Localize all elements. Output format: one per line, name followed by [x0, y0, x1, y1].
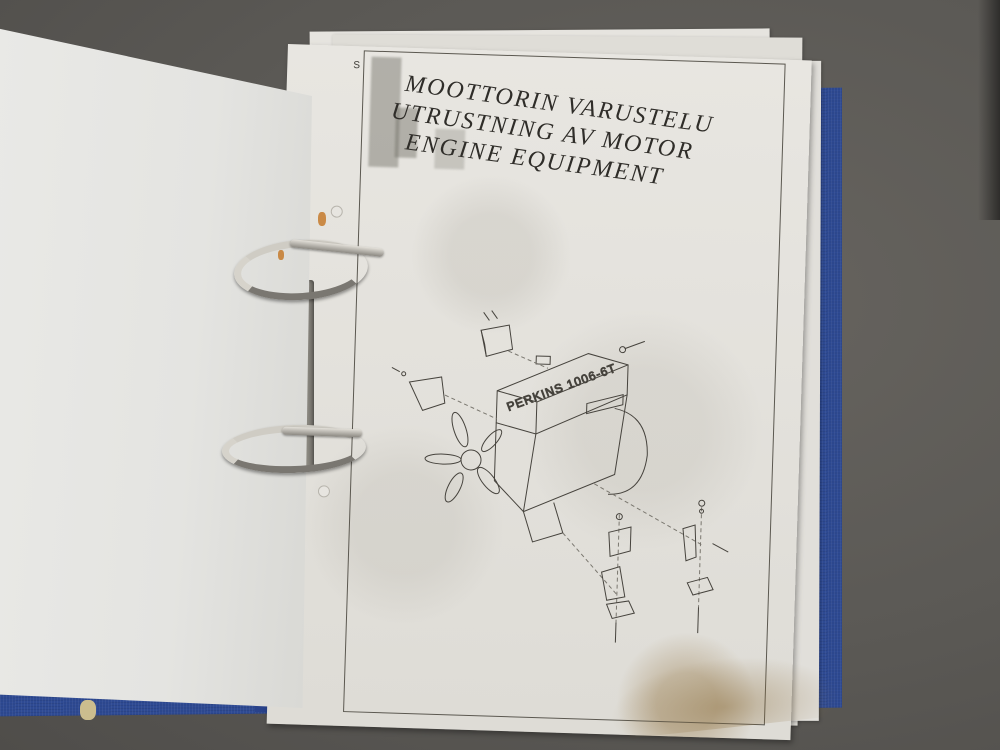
rust-stain: [318, 212, 326, 226]
table-edge-shadow: [978, 0, 1000, 220]
frayed-paper-edge: [80, 700, 96, 720]
rear-bracket-left-icon: [608, 513, 631, 557]
margin-mark: S: [353, 60, 360, 71]
engine-exploded-diagram: PERKINS 1006-6T: [379, 297, 750, 648]
manual-page[interactable]: S MOOTTORIN VARUSTELU UTRUSTNING AV MOTO…: [267, 44, 812, 740]
left-bracket-icon: [391, 367, 446, 411]
punch-hole: [331, 205, 343, 217]
top-bracket-icon: [480, 310, 513, 357]
rear-bracket-right-icon: [682, 500, 730, 562]
left-flipped-page[interactable]: [0, 28, 312, 708]
cooling-fan-icon: [424, 410, 506, 506]
bolt-icon: [625, 341, 645, 350]
punch-hole: [318, 485, 330, 497]
